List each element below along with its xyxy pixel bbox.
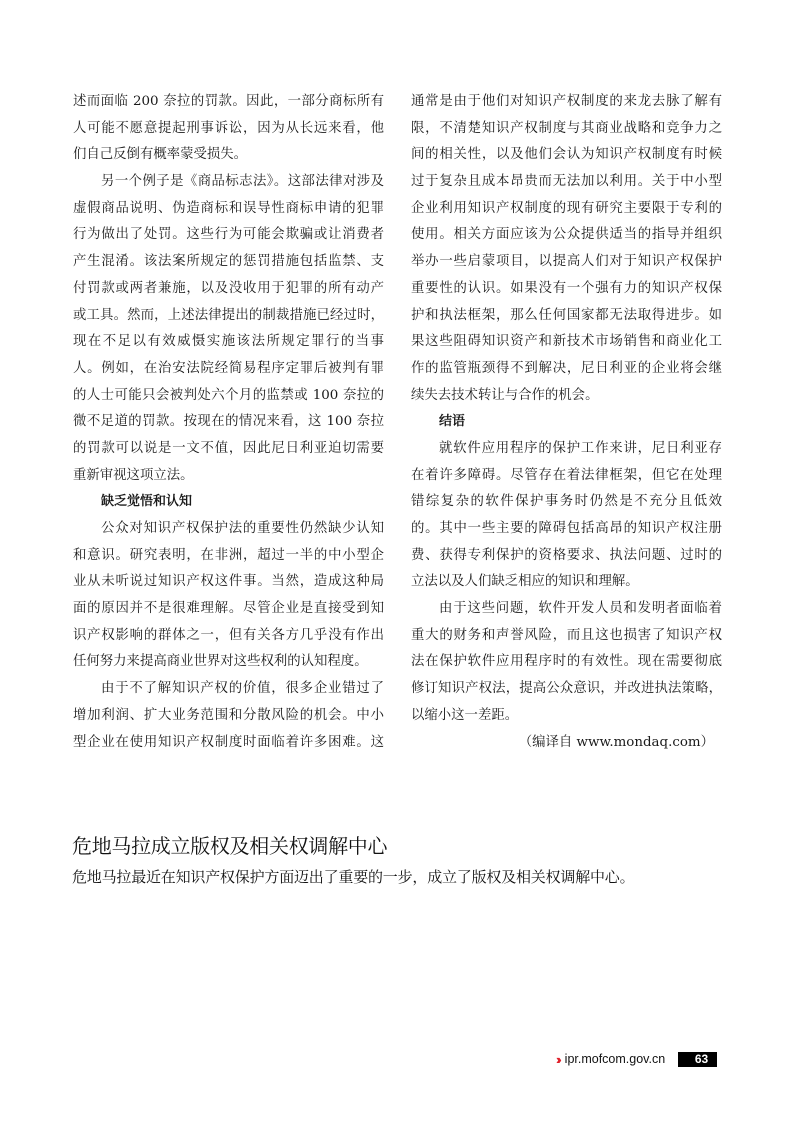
paragraph-line: 费、获得专利保护的资格要求、执法问题、过时的 <box>411 543 722 570</box>
paragraph-line: 企业利用知识产权制度的现有研究主要限于专利的 <box>411 196 722 223</box>
paragraph-line: 限，不清楚知识产权制度与其商业战略和竞争力之 <box>411 116 722 143</box>
paragraph-line: 在着许多障碍。尽管存在着法律框架，但它在处理 <box>411 463 722 490</box>
paragraph-line: 述而面临 200 奈拉的罚款。因此，一部分商标所有 <box>73 89 384 116</box>
footer-website-link[interactable]: ipr.mofcom.gov.cn <box>565 1052 666 1066</box>
paragraph-line: 的罚款可以说是一文不值，因此尼日利亚迫切需要 <box>73 436 384 463</box>
paragraph-line: 果这些阻碍知识资产和新技术市场销售和商业化工 <box>411 329 722 356</box>
paragraph-line: 的。其中一些主要的障碍包括高昂的知识产权注册 <box>411 516 722 543</box>
paragraph-line: 识产权影响的群体之一，但有关各方几乎没有作出 <box>73 623 384 650</box>
paragraph-line: 面的原因并不是很难理解。尽管企业是直接受到知 <box>73 596 384 623</box>
paragraph-line: 产生混淆。该法案所规定的惩罚措施包括监禁、支 <box>73 249 384 276</box>
page-number: 63 <box>678 1052 717 1067</box>
paragraph-line: 通常是由于他们对知识产权制度的来龙去脉了解有 <box>411 89 722 116</box>
paragraph-first-line: 公众对知识产权保护法的重要性仍然缺少认知 <box>73 516 384 543</box>
paragraph-line: 作的监管瓶颈得不到解决，尼日利亚的企业将会继 <box>411 356 722 383</box>
paragraph-line: 修订知识产权法，提高公众意识，并改进执法策略， <box>411 676 722 703</box>
paragraph-line: 使用。相关方面应该为公众提供适当的指导并组织 <box>411 222 722 249</box>
paragraph-line: 虚假商品说明、伪造商标和误导性商标申请的犯罪 <box>73 196 384 223</box>
paragraph-line: 举办一些启蒙项目，以提高人们对于知识产权保护 <box>411 249 722 276</box>
paragraph-line: 行为做出了处罚。这些行为可能会欺骗或让消费者 <box>73 222 384 249</box>
paragraph-first-line: 由于这些问题，软件开发人员和发明者面临着 <box>411 596 722 623</box>
paragraph-line: 人。例如，在治安法院经简易程序定罪后被判有罪 <box>73 356 384 383</box>
article-left-column: 述而面临 200 奈拉的罚款。因此，一部分商标所有人可能不愿意提起刑事诉讼，因为… <box>73 89 384 756</box>
news-title: 危地马拉成立版权及相关权调解中心 <box>72 830 387 859</box>
source-citation: （编译自 www.mondaq.com） <box>411 730 722 757</box>
paragraph-line: 任何努力来提高商业世界对这些权利的认知程度。 <box>73 649 384 676</box>
paragraph-line: 现在不足以有效威慑实施该法所规定罪行的当事 <box>73 329 384 356</box>
double-chevron-right-icon: ›› <box>556 1052 559 1067</box>
paragraph-line: 增加利润、扩大业务范围和分散风险的机会。中小 <box>73 703 384 730</box>
paragraph-line: 们自己反倒有概率蒙受损失。 <box>73 142 384 169</box>
paragraph-line: 错综复杂的软件保护事务时仍然是不充分且低效 <box>411 489 722 516</box>
paragraph-line: 重要性的认识。如果没有一个强有力的知识产权保 <box>411 276 722 303</box>
paragraph-line: 微不足道的罚款。按现在的情况来看，这 100 奈拉 <box>73 409 384 436</box>
section-heading: 结语 <box>411 409 722 436</box>
paragraph-line: 法在保护软件应用程序时的有效性。现在需要彻底 <box>411 649 722 676</box>
paragraph-line: 或工具。然而，上述法律提出的制裁措施已经过时， <box>73 303 384 330</box>
page-footer: ›› ipr.mofcom.gov.cn 63 <box>556 1050 717 1068</box>
paragraph-line: 续失去技术转让与合作的机会。 <box>411 383 722 410</box>
paragraph-line: 过于复杂且成本昂贵而无法加以利用。关于中小型 <box>411 169 722 196</box>
section-heading: 缺乏觉悟和认知 <box>73 489 384 516</box>
paragraph-line: 间的相关性，以及他们会认为知识产权制度有时候 <box>411 142 722 169</box>
news-subtitle: 危地马拉最近在知识产权保护方面迈出了重要的一步，成立了版权及相关权调解中心。 <box>72 866 634 887</box>
paragraph-first-line: 另一个例子是《商品标志法》。这部法律对涉及 <box>73 169 384 196</box>
paragraph-line: 付罚款或两者兼施，以及没收用于犯罪的所有动产 <box>73 276 384 303</box>
paragraph-line: 护和执法框架，那么任何国家都无法取得进步。如 <box>411 303 722 330</box>
paragraph-line: 业从未听说过知识产权这件事。当然，造成这种局 <box>73 569 384 596</box>
article-right-column: 通常是由于他们对知识产权制度的来龙去脉了解有限，不清楚知识产权制度与其商业战略和… <box>411 89 722 756</box>
paragraph-first-line: 由于不了解知识产权的价值，很多企业错过了 <box>73 676 384 703</box>
paragraph-line: 立法以及人们缺乏相应的知识和理解。 <box>411 569 722 596</box>
paragraph-first-line: 就软件应用程序的保护工作来讲，尼日利亚存 <box>411 436 722 463</box>
paragraph-line: 以缩小这一差距。 <box>411 703 722 730</box>
paragraph-line: 人可能不愿意提起刑事诉讼，因为从长远来看，他 <box>73 116 384 143</box>
paragraph-line: 重新审视这项立法。 <box>73 463 384 490</box>
paragraph-line: 和意识。研究表明，在非洲，超过一半的中小型企 <box>73 543 384 570</box>
paragraph-line: 的人士可能只会被判处六个月的监禁或 100 奈拉的 <box>73 383 384 410</box>
paragraph-line: 型企业在使用知识产权制度时面临着许多困难。这 <box>73 730 384 757</box>
paragraph-line: 重大的财务和声誉风险，而且这也损害了知识产权 <box>411 623 722 650</box>
